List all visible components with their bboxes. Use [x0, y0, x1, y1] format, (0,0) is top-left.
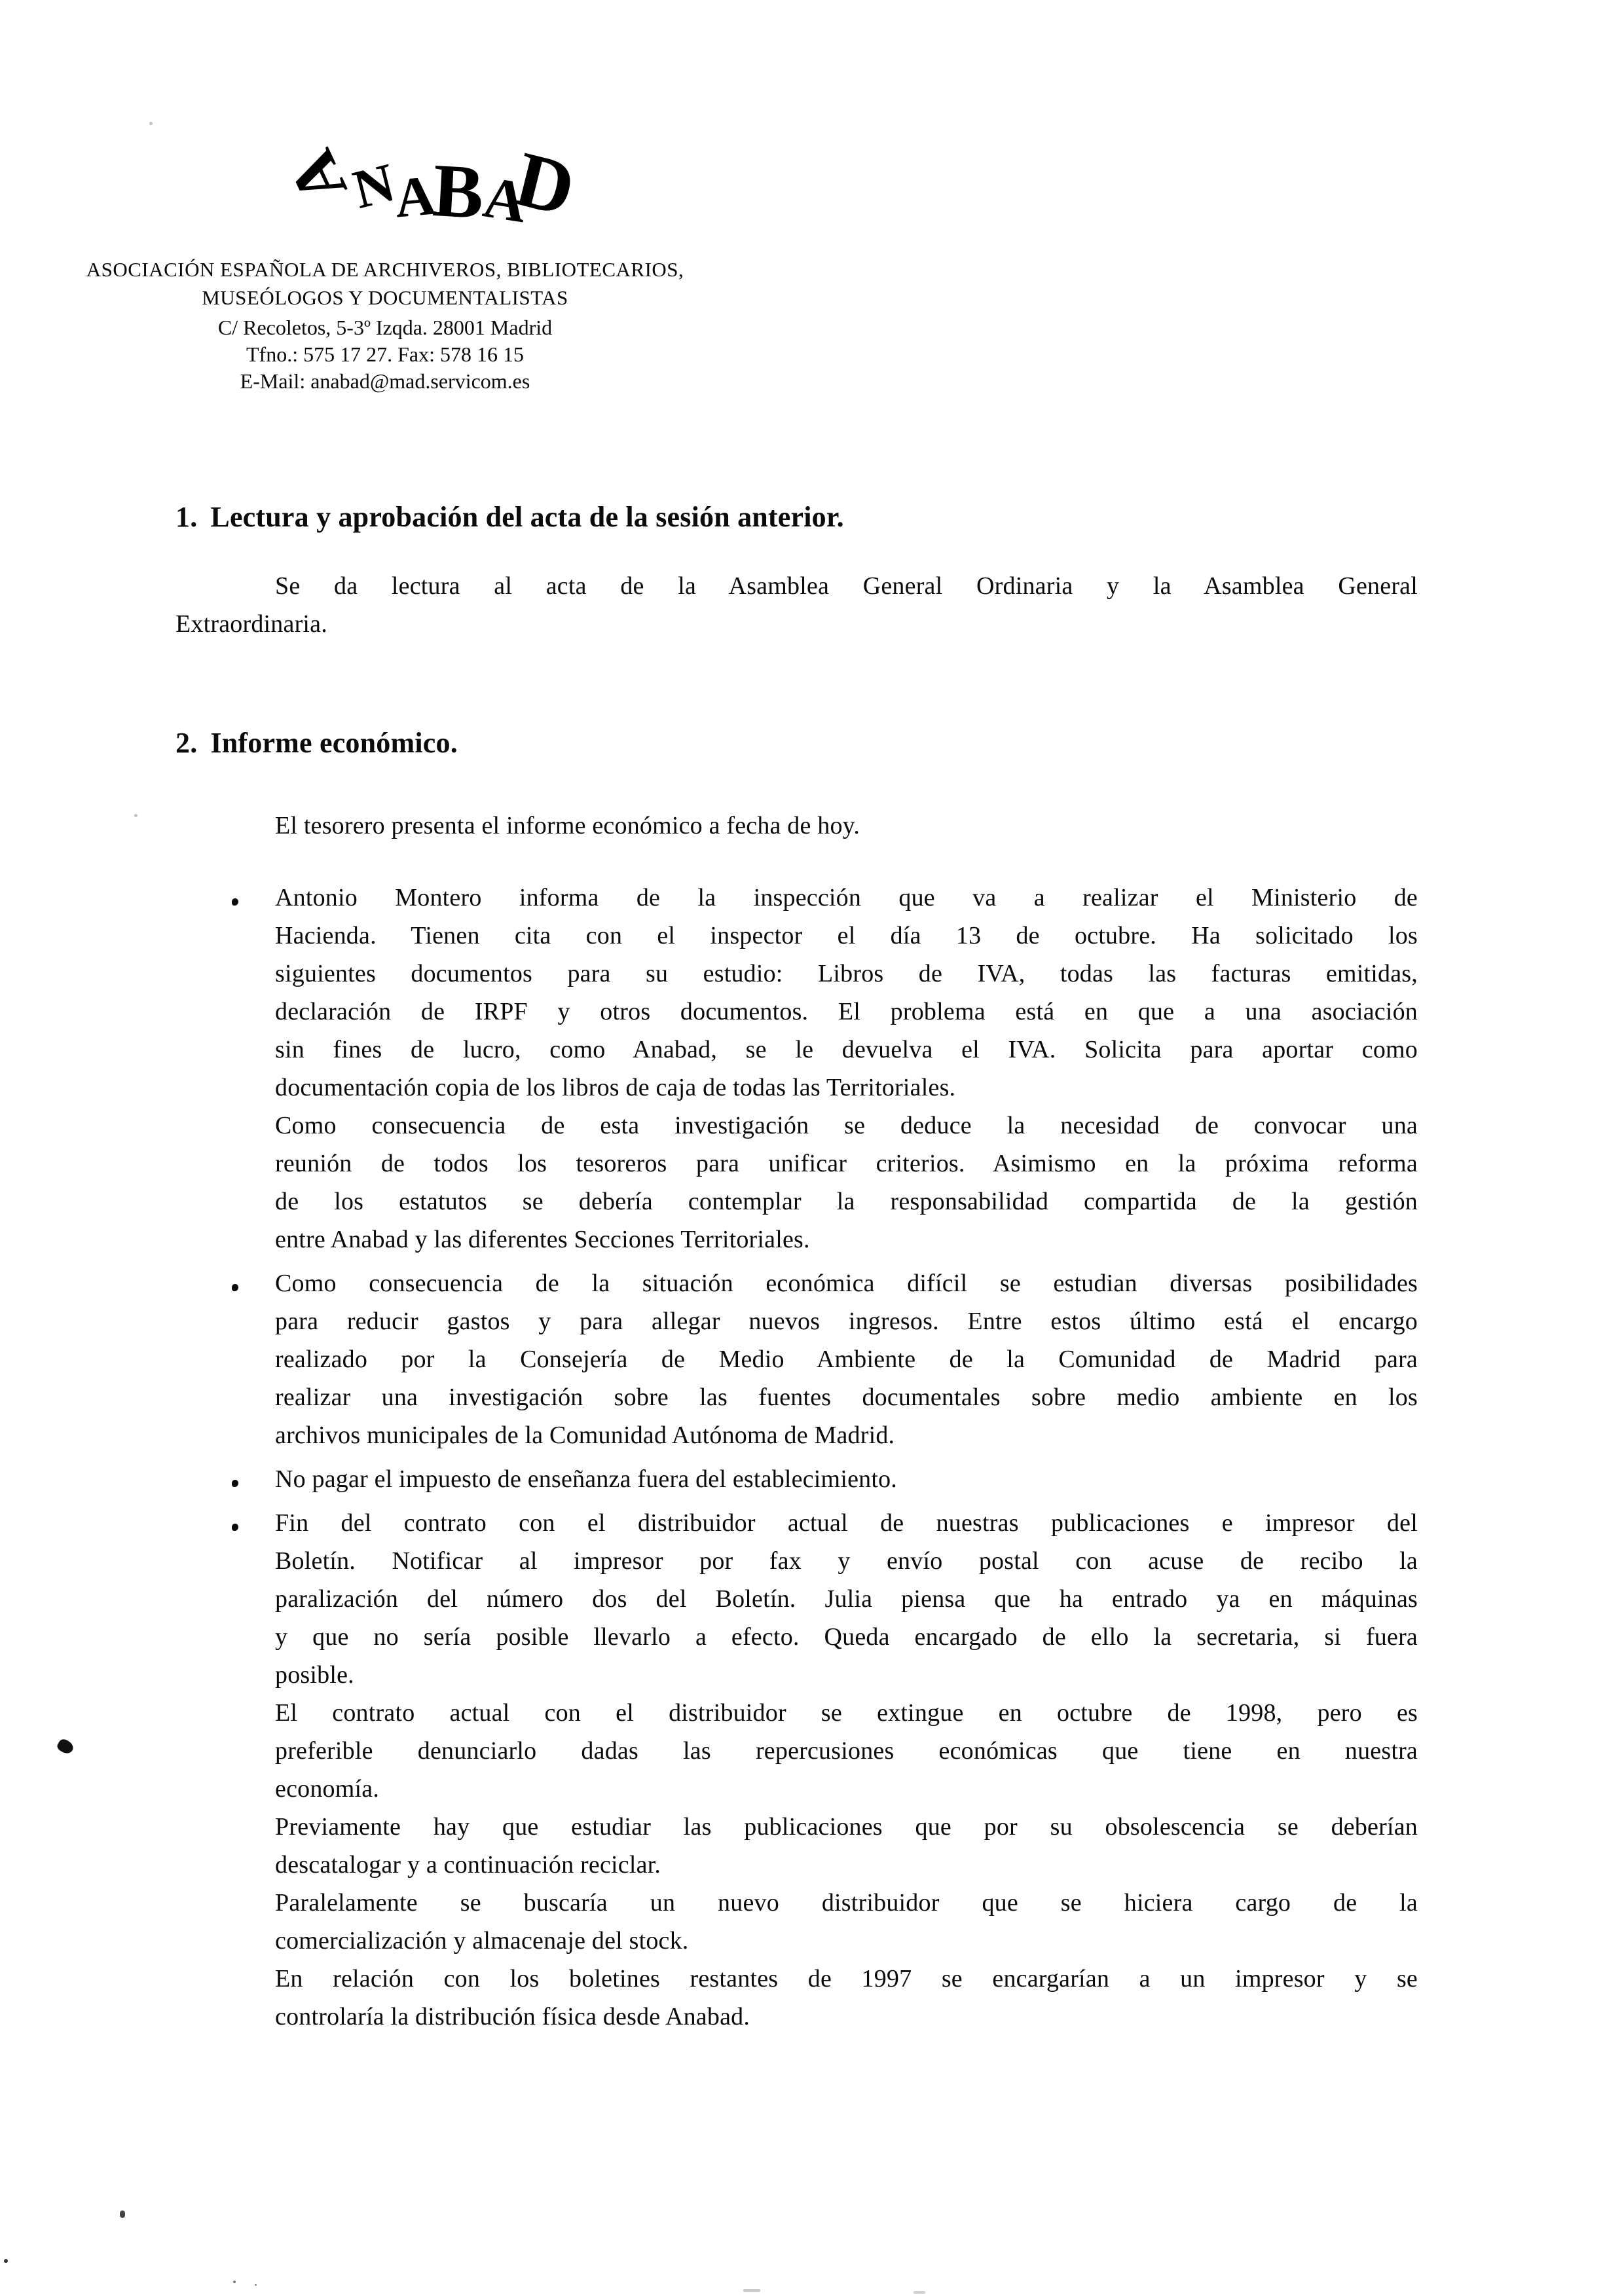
text-line: realizar una investigación sobre las fue… — [275, 1378, 1418, 1416]
text-line: declaración de IRPF y otros documentos. … — [275, 993, 1418, 1031]
section-number: 1. — [175, 501, 197, 533]
text-line: preferible denunciarlo dadas las repercu… — [275, 1732, 1418, 1770]
text-line: economía. — [275, 1770, 1418, 1808]
org-name-line2: MUSEÓLOGOS Y DOCUMENTALISTAS — [58, 284, 712, 312]
scan-speck — [913, 2291, 925, 2294]
section-1-heading: 1.Lectura y aprobación del acta de la se… — [175, 501, 1418, 534]
text-line: En relación con los boletines restantes … — [275, 1960, 1418, 1998]
text-line: posible. — [275, 1656, 1418, 1694]
text-line: entre Anabad y las diferentes Secciones … — [275, 1221, 1418, 1258]
text-line: Paralelamente se buscaría un nuevo distr… — [275, 1884, 1418, 1922]
scan-speck — [149, 122, 153, 125]
contact-info: C/ Recoletos, 5-3º Izqda. 28001 Madrid T… — [58, 314, 712, 395]
scan-speck — [120, 2211, 125, 2218]
text-line: siguientes documentos para su estudio: L… — [275, 955, 1418, 993]
text-line: Boletín. Notificar al impresor por fax y… — [275, 1542, 1418, 1580]
email-line: E-Mail: anabad@mad.servicom.es — [58, 368, 712, 395]
text-line: sin fines de lucro, como Anabad, se le d… — [275, 1031, 1418, 1069]
section-title: Informe económico. — [210, 727, 458, 759]
document-page: A N A B A D ASOCIACIÓN ESPAÑOLA DE ARCHI… — [0, 0, 1624, 2295]
agenda-bullet: Antonio Montero informa de la inspección… — [275, 879, 1418, 1258]
text-line: paralización del número dos del Boletín.… — [275, 1580, 1418, 1618]
text-line: Hacienda. Tienen cita con el inspector e… — [275, 917, 1418, 955]
text-line: Como consecuencia de la situación económ… — [275, 1264, 1418, 1302]
text-line: Como consecuencia de esta investigación … — [275, 1107, 1418, 1145]
text-line: El contrato actual con el distribuidor s… — [275, 1694, 1418, 1732]
scan-speck — [4, 2259, 8, 2263]
text-line: realizado por la Consejería de Medio Amb… — [275, 1340, 1418, 1378]
text-line: No pagar el impuesto de enseñanza fuera … — [275, 1460, 1418, 1498]
text-line: Extraordinaria. — [175, 605, 1418, 643]
text-line: descatalogar y a continuación reciclar. — [275, 1846, 1418, 1884]
address-line: C/ Recoletos, 5-3º Izqda. 28001 Madrid — [58, 314, 712, 341]
org-name-line1: ASOCIACIÓN ESPAÑOLA DE ARCHIVEROS, BIBLI… — [58, 255, 712, 284]
organization-name: ASOCIACIÓN ESPAÑOLA DE ARCHIVEROS, BIBLI… — [58, 255, 712, 312]
text-line: Antonio Montero informa de la inspección… — [275, 879, 1418, 917]
anabad-logo: A N A B A D — [291, 134, 566, 242]
logo-letter: N — [348, 155, 400, 218]
bullet-marker-icon — [232, 898, 238, 906]
text-line: El tesorero presenta el informe económic… — [175, 807, 1418, 845]
section-2-paragraph: El tesorero presenta el informe económic… — [175, 807, 1418, 845]
text-line: archivos municipales de la Comunidad Aut… — [275, 1416, 1418, 1454]
text-line: documentación copia de los libros de caj… — [275, 1069, 1418, 1107]
agenda-bullet: No pagar el impuesto de enseñanza fuera … — [275, 1460, 1418, 1498]
section-2-bullet-list: Antonio Montero informa de la inspección… — [275, 879, 1418, 2042]
text-line: controlaría la distribución física desde… — [275, 1998, 1418, 2036]
scan-speck — [233, 2281, 236, 2283]
text-line: y que no sería posible llevarlo a efecto… — [275, 1618, 1418, 1656]
agenda-bullet: Fin del contrato con el distribuidor act… — [275, 1504, 1418, 2036]
text-line: Previamente hay que estudiar las publica… — [275, 1808, 1418, 1846]
scan-speck — [255, 2284, 257, 2286]
text-line: Fin del contrato con el distribuidor act… — [275, 1504, 1418, 1542]
section-title: Lectura y aprobación del acta de la sesi… — [210, 501, 843, 533]
logo-letter: D — [508, 139, 582, 229]
bullet-marker-icon — [232, 1284, 238, 1291]
scan-speck — [56, 1737, 75, 1756]
logo-letter: A — [278, 141, 359, 213]
bullet-marker-icon — [232, 1480, 238, 1487]
section-number: 2. — [175, 727, 197, 759]
logo-letter: B — [431, 153, 485, 231]
section-1-paragraph: Se da lectura al acta de la Asamblea Gen… — [175, 567, 1418, 643]
text-line: de los estatutos se debería contemplar l… — [275, 1183, 1418, 1221]
section-2-heading: 2.Informe económico. — [175, 727, 1418, 760]
text-line: para reducir gastos y para allegar nuevo… — [275, 1302, 1418, 1340]
text-line: Se da lectura al acta de la Asamblea Gen… — [175, 567, 1418, 605]
text-line: comercialización y almacenaje del stock. — [275, 1922, 1418, 1960]
scan-speck — [134, 814, 138, 817]
scan-speck — [743, 2289, 760, 2292]
text-line: reunión de todos los tesoreros para unif… — [275, 1145, 1418, 1183]
phone-fax-line: Tfno.: 575 17 27. Fax: 578 16 15 — [58, 341, 712, 368]
agenda-bullet: Como consecuencia de la situación económ… — [275, 1264, 1418, 1454]
bullet-marker-icon — [232, 1524, 238, 1531]
